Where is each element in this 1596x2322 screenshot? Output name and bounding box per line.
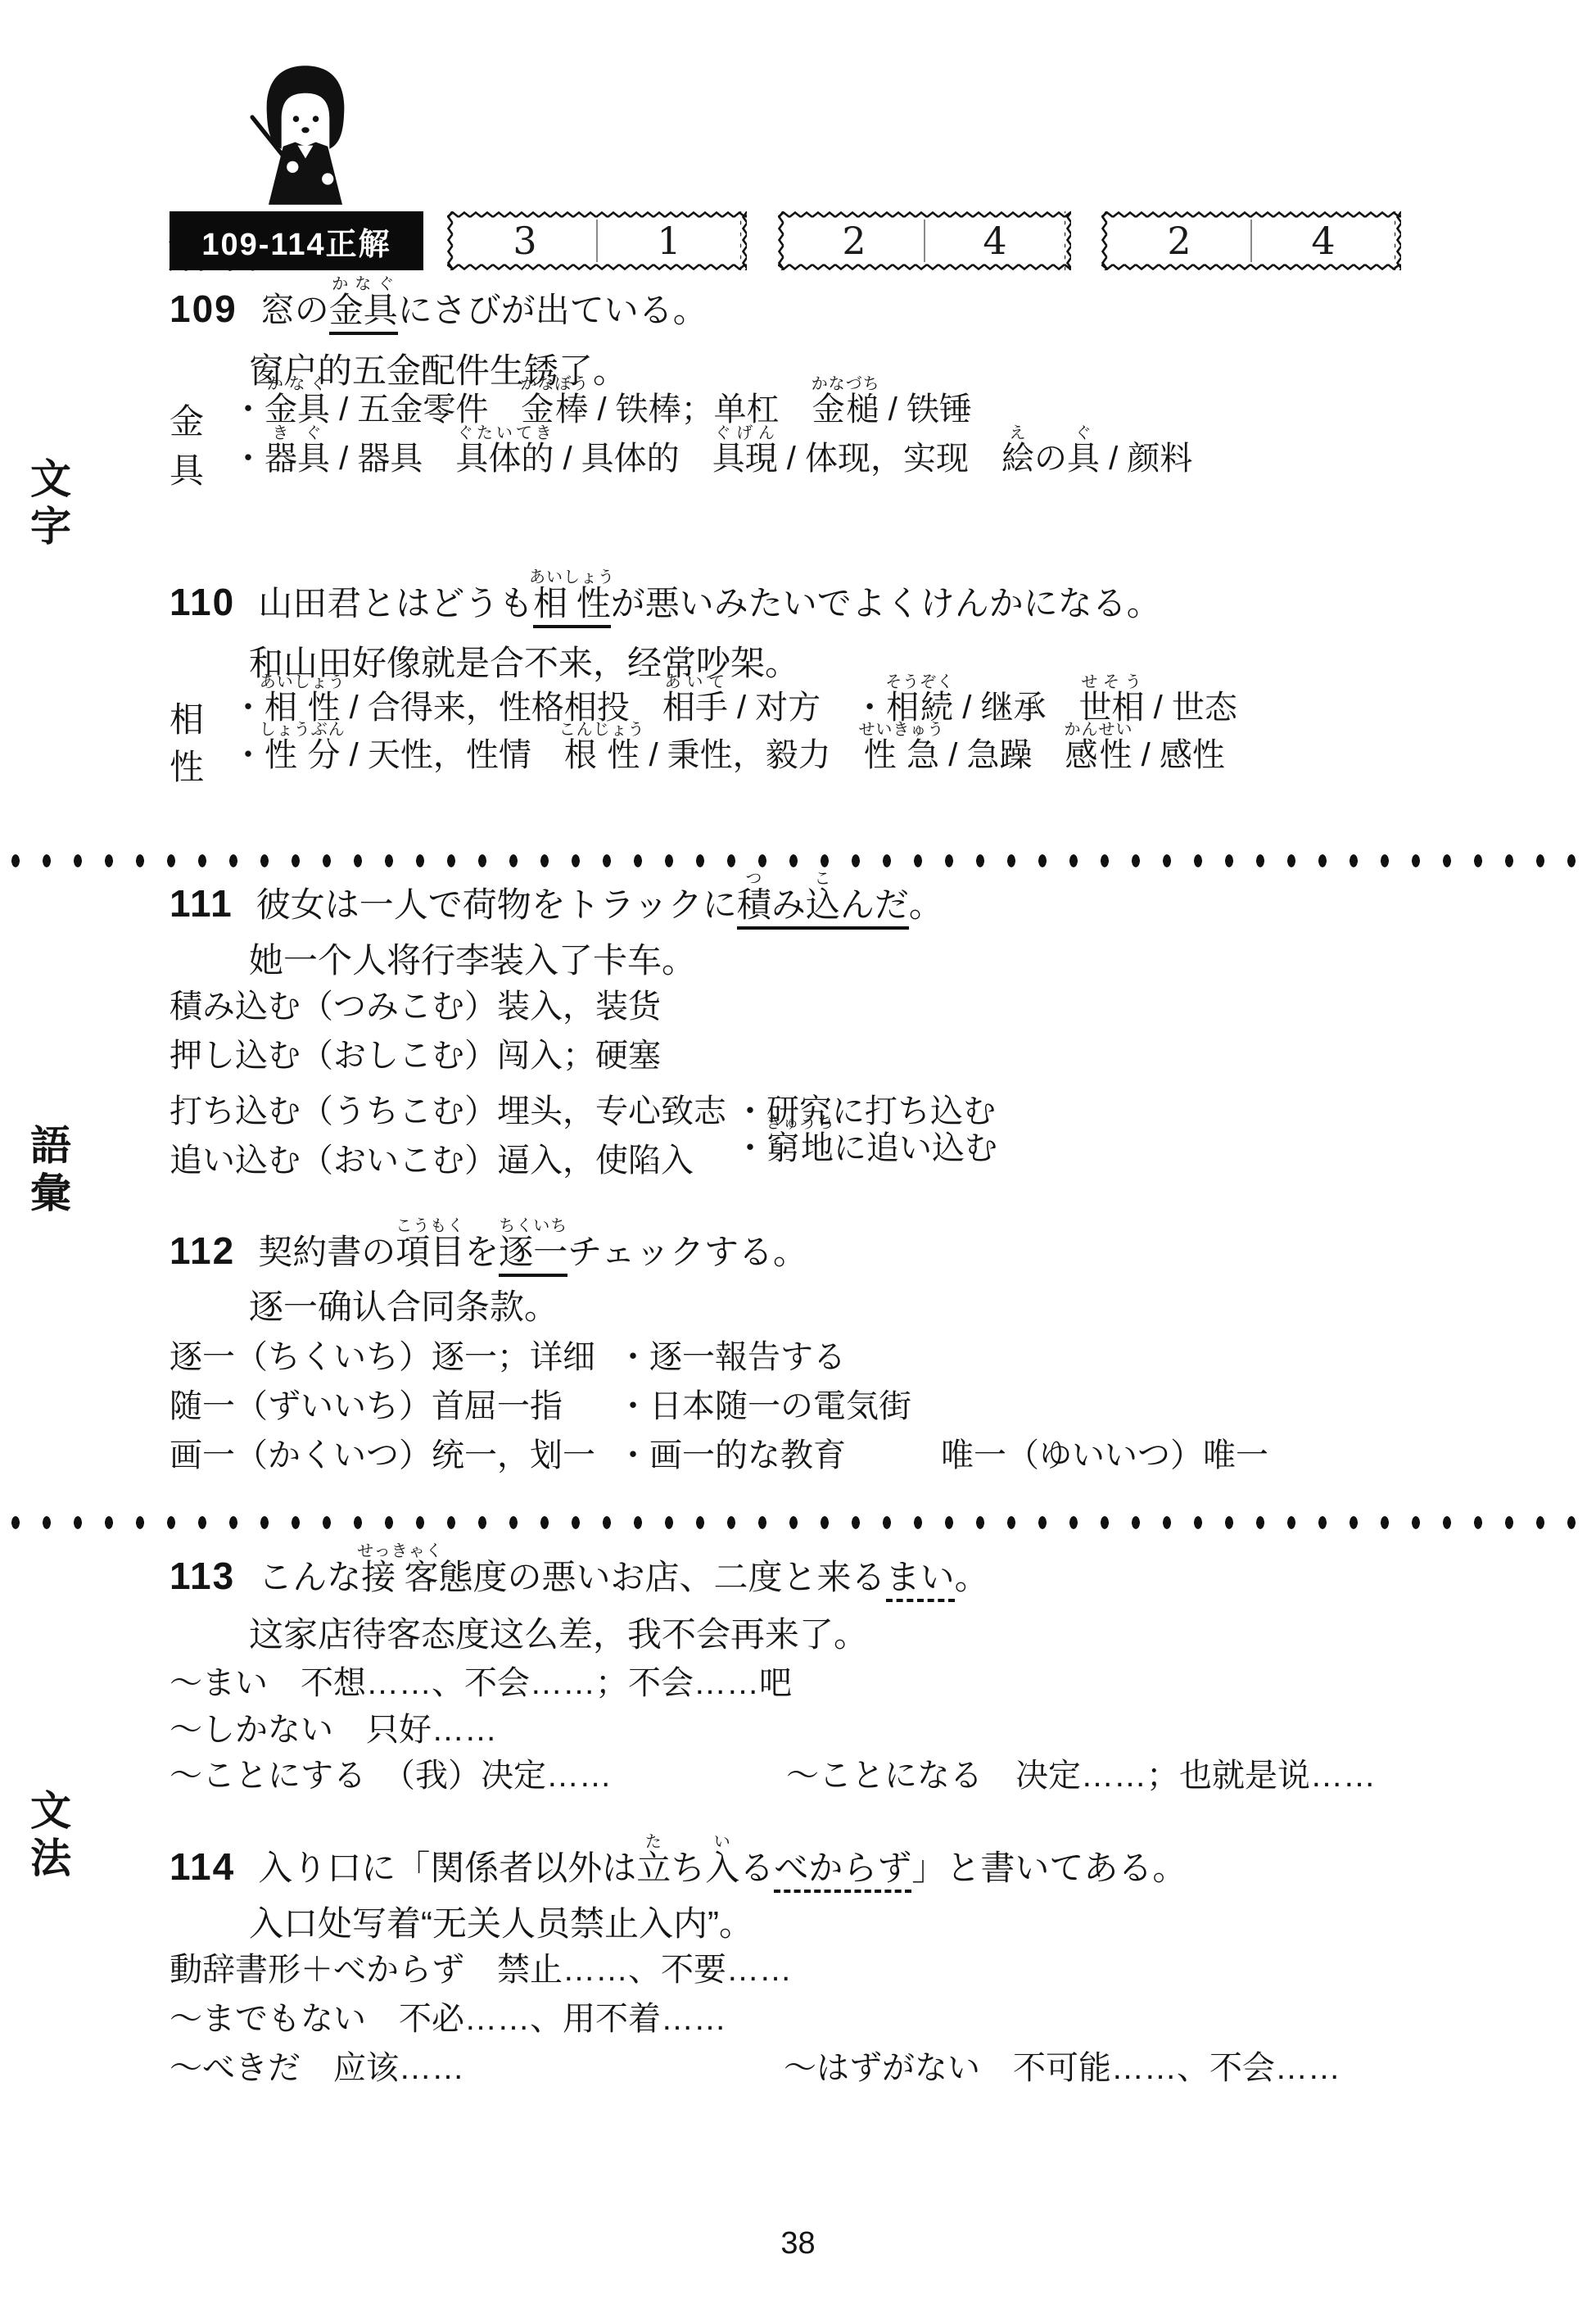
answer-strip-1: 3 1 bbox=[447, 211, 747, 270]
question-112-translation: 逐一确认合同条款。 bbox=[249, 1280, 558, 1329]
sentence-text: こんな接客せっきゃく態度の悪いお店、二度と来るまい。 bbox=[258, 1558, 988, 1602]
page-number: 38 bbox=[0, 2226, 1596, 2261]
answer-value-110: 1 bbox=[598, 218, 740, 264]
sentence-text: 契約書の項目こうもくを逐一ちくいちチェックする。 bbox=[258, 1233, 807, 1277]
sentence-text: 彼女は一人で荷物をトラックに積つみ込こんだ。 bbox=[256, 885, 943, 930]
sentence-text: 入り口に「関係者以外は立たち入いるべからず」と書いてある。 bbox=[258, 1849, 1187, 1893]
grammar-line: ～べきだ 应该…… bbox=[170, 2042, 464, 2089]
vocab-row-label: 金 bbox=[170, 395, 204, 444]
sentence-text: 窓の金具かなぐにさびが出ている。 bbox=[260, 291, 708, 335]
vocab-row: ・相性あいしょう / 合得来，性格相投 相手あいて / 对方 ・相続そうぞく /… bbox=[232, 673, 1237, 728]
question-112-sentence: 112契約書の項目こうもくを逐一ちくいちチェックする。 bbox=[170, 1217, 807, 1273]
question-number: 110 bbox=[170, 581, 235, 623]
vocab-line: 打ち込む（うちこむ）埋头，专心致志 bbox=[170, 1085, 726, 1132]
grammar-line: ～ことにする （我）决定…… bbox=[170, 1749, 612, 1796]
question-number: 109 bbox=[170, 287, 237, 330]
question-114-translation: 入口处写着“无关人员禁止入内”。 bbox=[249, 1897, 753, 1946]
vocab-row: ・性分しょうぶん / 天性，性情 根性こんじょう / 秉性，毅力 性急せいきゅう… bbox=[232, 721, 1225, 776]
example-phrase: ・画一的な教育 bbox=[617, 1429, 846, 1476]
sidebar-label-moji: 文字 bbox=[28, 457, 77, 552]
dotted-divider bbox=[0, 853, 1596, 868]
vocab-line: 画一（かくいつ）统一，划一 bbox=[170, 1429, 595, 1476]
vocab-line: 積み込む（つみこむ）装入，装货 bbox=[170, 980, 661, 1027]
question-111-translation: 她一个人将行李装入了卡车。 bbox=[249, 934, 696, 983]
vocab-row-label: 性 bbox=[170, 740, 204, 790]
vocab-row-label: 相 bbox=[170, 693, 204, 742]
question-110-sentence: 110山田君とはどうも相性あいしょうが悪いみたいでよくけんかになる。 bbox=[170, 568, 1161, 624]
question-number: 113 bbox=[170, 1555, 235, 1597]
answer-value-112: 4 bbox=[925, 218, 1065, 264]
answer-value-113: 2 bbox=[1108, 218, 1250, 264]
question-111-sentence: 111彼女は一人で荷物をトラックに積つみ込こんだ。 bbox=[170, 870, 943, 926]
vocab-line: 唯一（ゆいいつ）唯一 bbox=[941, 1429, 1268, 1476]
grammar-line: ～ことになる 决定……；也就是说…… bbox=[786, 1749, 1376, 1796]
grammar-line: ～までもない 不必……、用不着…… bbox=[170, 1993, 726, 2039]
answer-value-109: 3 bbox=[454, 218, 596, 264]
question-number: 111 bbox=[170, 882, 233, 925]
grammar-line: 動辞書形＋べからず 禁止……、不要…… bbox=[170, 1944, 792, 1990]
grammar-line: ～しかない 只好…… bbox=[170, 1704, 497, 1750]
vocab-line: 押し込む（おしこむ）闯入；硬塞 bbox=[170, 1030, 661, 1076]
example-phrase: ・逐一報告する bbox=[617, 1331, 846, 1378]
dotted-divider bbox=[0, 1515, 1596, 1530]
example-phrase: ・窮地きゅうちに追い込む bbox=[734, 1114, 997, 1169]
question-113-sentence: 113こんな接客せっきゃく態度の悪いお店、二度と来るまい。 bbox=[170, 1542, 989, 1598]
question-number: 112 bbox=[170, 1229, 235, 1272]
vocab-row-label: 具 bbox=[170, 444, 204, 493]
answer-strip-2: 2 4 bbox=[778, 211, 1071, 270]
example-phrase: ・日本随一の電気街 bbox=[617, 1380, 911, 1427]
vocab-line: 随一（ずいいち）首屈一指 bbox=[170, 1380, 563, 1427]
sentence-text: 山田君とはどうも相性あいしょうが悪いみたいでよくけんかになる。 bbox=[258, 584, 1161, 628]
answer-key-label: 109-114正解 bbox=[170, 211, 423, 270]
question-113-translation: 这家店待客态度这么差，我不会再来了。 bbox=[249, 1608, 868, 1657]
grammar-line: ～まい 不想……、不会……；不会……吧 bbox=[170, 1657, 792, 1704]
answer-strip-3: 2 4 bbox=[1101, 211, 1401, 270]
vocab-row: ・器具きぐ / 器具 具体的ぐたいてき / 具体的 具現ぐげん / 体现，实现 … bbox=[232, 424, 1192, 479]
vocab-line: 追い込む（おいこむ）逼入，使陷入 bbox=[170, 1134, 694, 1181]
grammar-line: ～はずがない 不可能……、不会…… bbox=[784, 2042, 1341, 2089]
question-109-sentence: 109窓の金具かなぐにさびが出ている。 bbox=[170, 275, 708, 331]
sidebar-label-bunpou: 文法 bbox=[28, 1789, 77, 1884]
page-root: { "page_number": "38", "sidebar": [ {"la… bbox=[0, 0, 1596, 2322]
question-number: 114 bbox=[170, 1845, 235, 1888]
vocab-row: ・金具かなぐ / 五金零件 金棒かなぼう / 铁棒；单杠 金槌かなづち / 铁锤 bbox=[232, 375, 972, 430]
answer-value-111: 2 bbox=[784, 218, 924, 264]
teacher-girl-illustration bbox=[244, 61, 367, 206]
sidebar-label-goi: 語彙 bbox=[28, 1124, 77, 1219]
vocab-line: 逐一（ちくいち）逐一；详细 bbox=[170, 1331, 595, 1378]
question-114-sentence: 114入り口に「関係者以外は立たち入いるべからず」と書いてある。 bbox=[170, 1833, 1187, 1889]
answer-value-114: 4 bbox=[1252, 218, 1395, 264]
